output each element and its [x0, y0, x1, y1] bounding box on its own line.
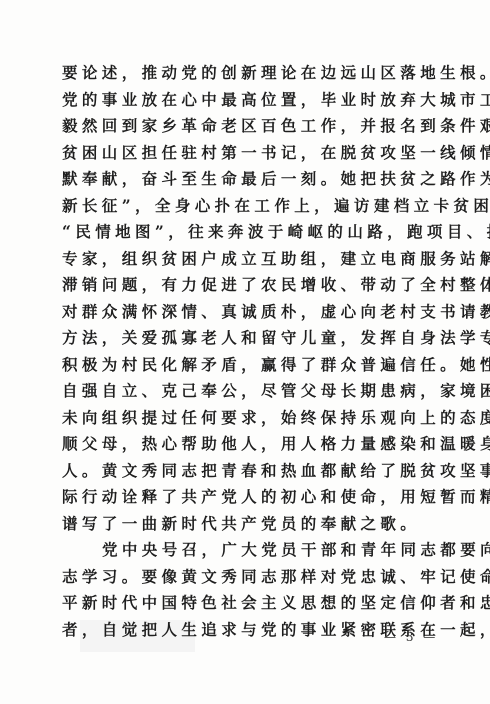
text-line: 平新时代中国特色社会主义思想的坚定信仰者和忠实实践: [62, 590, 446, 617]
body-text: 要论述，推动党的创新理论在边远山区落地生根。她始终把党的事业放在心中最高位置，毕…: [62, 60, 446, 643]
text-line: 志学习。要像黄文秀同志那样对党忠诚、牢记使命，做习近: [62, 564, 446, 591]
text-line: “民情地图”，往来奔波于崎岖的山路，跑项目、找资金、请: [62, 219, 446, 246]
text-line: 谱写了一曲新时代共产党员的奉献之歌。: [62, 511, 446, 538]
text-line: 党的事业放在心中最高位置，毕业时放弃大城市工作机会，: [62, 87, 446, 114]
text-line: 新长征”，全身心扑在工作上，遍访建档立卡贫困户，手绘: [62, 193, 446, 220]
text-line: 人。黄文秀同志把青春和热血都献给了脱贫攻坚事业，以实: [62, 458, 446, 485]
text-line: 顺父母，热心帮助他人，用人格力量感染和温暖身边每一个: [62, 431, 446, 458]
text-line: 未向组织提过任何要求，始终保持乐观向上的态度，尊敬孝: [62, 405, 446, 432]
text-line: 滞销问题，有力促进了农民增收、带动了全村整体脱贫。她: [62, 272, 446, 299]
text-line: 自强自立、克己奉公，尽管父母长期患病，家境困难，却从: [62, 378, 446, 405]
text-line: 要论述，推动党的创新理论在边远山区落地生根。她始终把: [62, 60, 446, 87]
text-line: 际行动诠释了共产党人的初心和使命，用短暂而精彩的人生: [62, 484, 446, 511]
text-line: 党中央号召，广大党员干部和青年同志都要向黄文秀同: [62, 537, 446, 564]
text-line: 对群众满怀深情、真诚质朴，虚心向老村支书请教群众工作: [62, 299, 446, 326]
text-line: 专家，组织贫困户成立互助组，建立电商服务站解决农产品: [62, 246, 446, 273]
text-line: 毅然回到家乡革命老区百色工作，并报名到条件艰苦的边远: [62, 113, 446, 140]
text-line: 默奉献，奋斗至生命最后一刻。她把扶贫之路作为“心中的: [62, 166, 446, 193]
text-line: 方法，关爱孤寡老人和留守儿童，发挥自身法学专业优势，: [62, 325, 446, 352]
page-number: — 3 —: [384, 630, 438, 644]
document-page: 要论述，推动党的创新理论在边远山区落地生根。她始终把党的事业放在心中最高位置，毕…: [0, 0, 490, 704]
text-line: 贫困山区担任驻村第一书记，在脱贫攻坚一线倾情投入、默: [62, 140, 446, 167]
text-line: 积极为村民化解矛盾，赢得了群众普遍信任。她性格坚毅、: [62, 352, 446, 379]
